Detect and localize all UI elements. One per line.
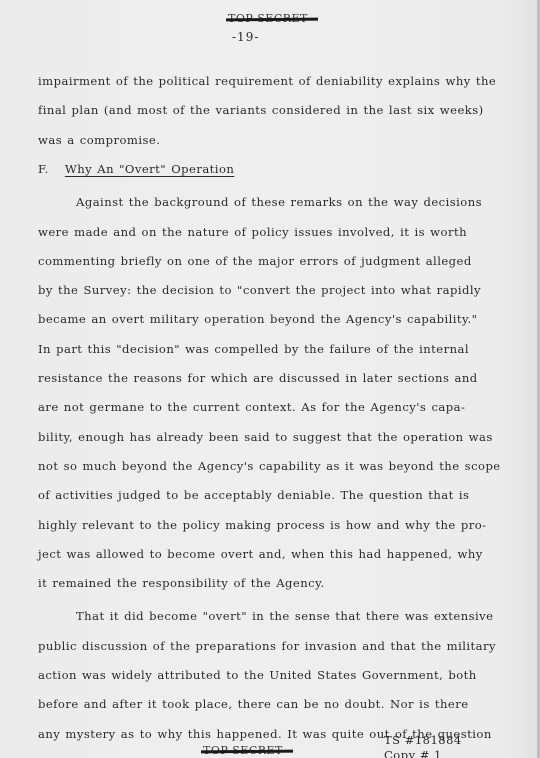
classification-marking-top: TOP SECRET [228,12,308,25]
text-line: was a compromise. [38,133,160,147]
text-line: of activities judged to be acceptably de… [38,488,469,502]
text-line: resistance the reasons for which are dis… [38,371,478,385]
text-line: highly relevant to the policy making pro… [38,518,487,532]
section-title: Why An "Overt" Operation [65,162,234,176]
text-line: became an overt military operation beyon… [38,312,477,326]
text-line: public discussion of the preparations fo… [38,639,496,653]
text-line: commenting briefly on one of the major e… [38,254,472,268]
text-line: That it did become "overt" in the sense … [76,609,493,623]
text-line: impairment of the political requirement … [38,74,496,88]
document-control-number: TS #181884 [384,733,462,747]
text-line: before and after it took place, there ca… [38,697,469,711]
section-heading: F.Why An "Overt" Operation [38,162,234,176]
text-line: not so much beyond the Agency's capabili… [38,459,501,473]
text-line: by the Survey: the decision to "convert … [38,283,481,297]
text-line: In part this "decision" was compelled by… [38,342,469,356]
text-line: were made and on the nature of policy is… [38,225,467,239]
page-number: -19- [232,30,259,44]
text-line: Against the background of these remarks … [76,195,482,209]
text-line: action was widely attributed to the Unit… [38,668,477,682]
document-page: TOP SECRET -19- impairment of the politi… [0,0,540,758]
classification-marking-bottom: TOP SECRET [203,744,283,757]
text-line: it remained the responsibility of the Ag… [38,576,325,590]
copy-number: Copy # 1 [384,748,442,758]
text-line: are not germane to the current context. … [38,400,465,414]
text-line: bility, enough has already been said to … [38,430,493,444]
section-letter: F. [38,162,49,176]
text-line: ject was allowed to become overt and, wh… [38,547,483,561]
text-line: final plan (and most of the variants con… [38,103,484,117]
